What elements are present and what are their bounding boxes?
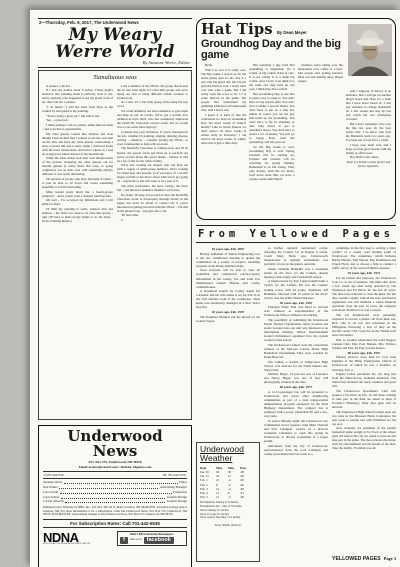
- facebook-badge-title: BHG's ND Community Newspapers: [120, 533, 184, 536]
- newspaper-contact: Email: urnews@westriv.com • Website: bhg…: [43, 465, 187, 469]
- facebook-f-icon: f: [120, 537, 128, 544]
- paragraph: In action Monday night, the Underwood Ci…: [264, 419, 328, 443]
- columnist-credit: Dean is a Divide County farmer and forme…: [346, 160, 391, 168]
- hat-tips-title: Hat Tips: [201, 21, 273, 38]
- werre-article-col2: I am a member of the NEAC, the group tha…: [117, 84, 188, 412]
- paragraph: But watching a guy hold that groundhog i…: [249, 63, 294, 91]
- yellowed-pages-col2: to further regional tournament action, d…: [264, 246, 328, 562]
- hat-tips-article-box: Hat Tips By Dean Meyer Groundhog Day and…: [196, 18, 396, 220]
- publisher-masthead-box: Underwood News P.O. Box 575, Underwood, …: [38, 425, 192, 567]
- ndna-logo: NDNA NORTH DAKOTA NEWSPAPER ASSOCIATION: [43, 531, 90, 546]
- facebook-wordmark: facebook: [144, 537, 174, 544]
- paragraph: As I said, it's a fun little group, litt…: [117, 100, 188, 108]
- ndna-caption: NORTH DAKOTA NEWSPAPER ASSOCIATION: [43, 544, 90, 546]
- weather-observer: Larry Totzik, observer: [200, 523, 256, 527]
- scanned-newspaper-scene: 2—Thursday, Feb. 9, 2017, The Underwood …: [0, 0, 400, 567]
- dotted-leader: [65, 502, 165, 503]
- paragraph: “You're doing a great job,” she said to …: [42, 114, 113, 118]
- paragraph: “I do music,” I told the artist from The…: [42, 105, 113, 113]
- paragraph: I'm envious of people who have that kind…: [42, 177, 113, 189]
- usps-number: USPS 4647540: [44, 473, 64, 477]
- usps-phone-row: USPS 4647540 Ph: 701-442-5535: [43, 471, 187, 479]
- right-column-block: Hat Tips By Dean Meyer Groundhog Day and…: [196, 18, 396, 562]
- paragraph: But Groundhog Day is one that is pretty …: [249, 92, 294, 144]
- paragraph: madness starts taking over the discussio…: [298, 63, 343, 83]
- paragraph: So the Big Game is over. Groundhog Day i…: [249, 145, 294, 181]
- yellowed-pages-col3-text: committee in the first step to solving a…: [332, 246, 396, 554]
- weather-notes: Precipitation January 0.76 inchesPrecipi…: [200, 501, 256, 520]
- paragraph: My wine glasses looked like chalices and…: [42, 132, 113, 156]
- paragraph: to further regional tournament action, d…: [264, 246, 328, 266]
- hat-tips-col4: And I suppose, if history is an indicato…: [346, 63, 391, 209]
- paragraph: Eugene Liebel purchased the city drag li…: [332, 372, 396, 388]
- association-logos-row: NDNA NORTH DAKOTA NEWSPAPER ASSOCIATION …: [43, 531, 187, 546]
- newspaper-address: P.O. Box 575, Underwood, ND 58576: [43, 460, 187, 464]
- hat-tips-columns: Hello.Well it is over. It is really over…: [201, 63, 391, 209]
- dotted-leader: [61, 498, 166, 499]
- weather-max: 13: [216, 495, 228, 499]
- folio-line: 2—Thursday, Feb. 9, 2017, The Underwood …: [38, 18, 192, 25]
- paragraph: If I had any doubts about it before, Fri…: [42, 88, 113, 104]
- weather-prec: .00: [240, 495, 250, 499]
- paragraph: The possibility of combining the Underwo…: [264, 318, 328, 342]
- paragraph: The Death By Chocolate is coming soon, a…: [117, 146, 188, 162]
- werre-article-box: Tumultuous seas A painter, I am not.If I…: [38, 70, 192, 420]
- paragraph: I hope your team won, and I hope you had…: [346, 143, 391, 155]
- werre-column-title: My Weary Werre World: [40, 26, 190, 61]
- hat-tips-col1: Hello.Well it is over. It is really over…: [201, 63, 246, 209]
- phone-number: Ph: 701-442-5535: [163, 473, 186, 477]
- paragraph: 60 years ago, Feb. 1957: [332, 351, 396, 355]
- staff-name: Crystal Albrecht: [43, 499, 64, 504]
- paragraph: 20 years ago, Feb. 1997: [196, 310, 260, 314]
- paragraph: A painter, I am not.: [42, 84, 113, 88]
- publication-legal-text: Published every Thursday by BHG, Inc., P…: [43, 506, 187, 517]
- yellowed-pages-col2-text: to further regional tournament action, d…: [264, 246, 328, 562]
- paragraph: We could definitely use more members to …: [117, 109, 188, 129]
- paragraph: Michael Heger, 12-year-old son of Lauran…: [264, 372, 328, 384]
- paragraph: Play Ball! Later, Dean: [346, 155, 391, 159]
- ndna-wordmark: NDNA: [43, 531, 90, 544]
- paragraph: I guess it is kind of like the celebrati…: [201, 113, 246, 145]
- staff-row: Dan Winter Advertising Manager: [43, 485, 187, 490]
- paragraph: The Underwood Sportsman's Club will spon…: [332, 389, 396, 409]
- paragraph: Individuals from the city of Underwood, …: [264, 444, 328, 456]
- yellowed-pages-col1: 10 years ago, Feb. 2007Harvey Schlender …: [196, 246, 260, 562]
- paragraph: Jim LeBon, a student at Underwood High S…: [264, 360, 328, 372]
- paragraph: Harvey Schlender of Tomax Engineering wa…: [196, 252, 260, 268]
- paragraph: No doubt, I'll keep you posted on how th…: [117, 193, 188, 213]
- paragraph: Hello.: [201, 63, 246, 67]
- paragraph: But I don't remember who won the title l…: [346, 122, 391, 142]
- jump-line: YELLOWED PAGES Page 3: [332, 556, 396, 562]
- hat-tips-col3: madness starts taking over the discussio…: [298, 63, 343, 209]
- paragraph: Soon everyone will be able to view all r…: [196, 268, 260, 288]
- weather-rows: Jan. 30 36 30 .00 Jan. 31 24 12 .00: [200, 470, 256, 499]
- paragraph: Mine looked pretty much like a fourth-gr…: [42, 190, 113, 198]
- paragraph: I think perhaps I am an artisan, rather …: [42, 123, 113, 131]
- hat-tips-byline: By Dean Meyer: [277, 30, 307, 35]
- paragraph: The Underwood High School Comets eked ou…: [332, 410, 396, 426]
- newspaper-name: Underwood News: [43, 429, 187, 459]
- yellowed-pages-col1-text: 10 years ago, Feb. 2007Harvey Schlender …: [196, 246, 260, 440]
- paragraph: The Kenmare Honkers put the kibosh on th…: [196, 315, 260, 323]
- paragraph: We're also looking for singers who can h…: [117, 163, 188, 183]
- staff-list: Suzanne Werre Editor Dan Winter Advertis…: [43, 480, 187, 504]
- paragraph: committee in the first step to solving a…: [332, 246, 396, 270]
- staff-role: Graphic Design: [167, 499, 187, 504]
- weather-table: Date Max. Min. Prec. Jan. 30 36 30 .00: [200, 466, 256, 499]
- paragraph: The more performers, the more variety, t…: [117, 184, 188, 192]
- paragraph: A household benefit for County Agent Pat…: [196, 289, 260, 309]
- weather-min: -3: [228, 495, 240, 499]
- paragraph: Consider this your invitation. If you're…: [117, 130, 188, 146]
- paragraph: 40 years ago, Feb. 1977: [264, 385, 328, 389]
- staff-row: Lori Gerloh Production: [43, 490, 187, 495]
- weather-date: Feb. 5: [200, 495, 216, 499]
- paragraph: Well it is over. It is really over. The …: [201, 68, 246, 112]
- dotted-leader: [59, 488, 158, 489]
- paragraph: I am a member of the NEAC, the group tha…: [117, 84, 188, 100]
- subscription-rates-line: For Subscription Rates: Call 701-442-553…: [43, 519, 187, 528]
- paragraph: Funeral services were held for Carl Gust…: [332, 355, 396, 371]
- hat-tips-headline: Groundhog Day and the big game: [201, 39, 351, 61]
- paragraph: A buzzer-beater by Eric Lang brought hom…: [264, 279, 328, 299]
- werre-article-columns: A painter, I am not.If I had any doubts …: [42, 84, 188, 412]
- paragraph: Mrs. Jo Granfor entertained the Gold Dig…: [332, 338, 396, 350]
- weather-title: Underwood Weather: [200, 445, 256, 464]
- paragraph: Yep – a great job.: [42, 118, 113, 122]
- werre-article-heading: Tumultuous seas: [42, 74, 188, 81]
- paragraph: Principal Wady Paul was hired to succeed…: [264, 305, 328, 317]
- facebook-like-text: Like us on: [130, 539, 142, 542]
- paragraph: For all intents and purposes, the Underw…: [332, 276, 396, 312]
- weather-note: Snow season Sep-May 31.3 inches: [200, 516, 256, 520]
- werre-column-masthead: My Weary Werre World By Suzanne Werre, E…: [38, 25, 192, 68]
- staff-row: Crystal Albrecht Graphic Design: [43, 499, 187, 504]
- dotted-leader: [60, 493, 172, 494]
- weather-row: Feb. 5 13 -3 .00: [200, 495, 256, 499]
- paragraph: 'Til next time,: [117, 213, 188, 217]
- werre-article-col1: A painter, I am not.If I had any doubts …: [42, 84, 113, 412]
- hat-tips-col4-text: And I suppose, if history is an indicato…: [346, 89, 391, 159]
- staff-row: Carol Scholl Graphic Design: [43, 495, 187, 500]
- paragraph: 45 years ago, Feb. 1972: [332, 271, 396, 275]
- paragraph: A 12-15-passenger bus will be presented …: [264, 390, 328, 418]
- yellowed-pages-col3: committee in the first step to solving a…: [332, 246, 396, 562]
- paragraph: I'll limit my painting to walls, window …: [42, 207, 113, 223]
- paragraph: Senior Danielle Hemphill was a consisten…: [264, 267, 328, 279]
- weather-box: Underwood Weather Date Max. Min. Prec. J…: [196, 442, 260, 562]
- paragraph: The Underwood Comets were the consolatio…: [264, 343, 328, 359]
- paragraph: S.: [117, 218, 188, 222]
- paragraph: While the other artists took their own i…: [42, 156, 113, 176]
- facebook-badge: BHG's ND Community Newspapers f Like us …: [117, 531, 187, 546]
- jump-line-label: YELLOWED PAGES: [332, 556, 381, 562]
- hat-tips-col2: But watching a guy hold that groundhog i…: [249, 63, 294, 209]
- jump-line-page: Page 3: [384, 556, 396, 561]
- paragraph: Oh well – I've accepted my limitations a…: [42, 198, 113, 206]
- columnist-photo: [348, 24, 392, 76]
- yellowed-pages-columns: 10 years ago, Feb. 2007Harvey Schlender …: [196, 246, 396, 562]
- yellowed-pages-banner: From Yellowed Pages: [196, 225, 396, 243]
- left-column-block: 2—Thursday, Feb. 9, 2017, The Underwood …: [38, 18, 192, 567]
- paragraph: 30 years ago, Feb. 1987: [264, 301, 328, 305]
- paragraph: And I suppose, if history is an indicato…: [346, 89, 391, 121]
- newspaper-page: 2—Thursday, Feb. 9, 2017, The Underwood …: [30, 10, 400, 567]
- paragraph: Area residents are reminded of the benef…: [332, 426, 396, 450]
- paragraph: 10 years ago, Feb. 2007: [196, 247, 260, 251]
- paragraph: The Art Krumwiedes were pleasantly surpr…: [332, 313, 396, 337]
